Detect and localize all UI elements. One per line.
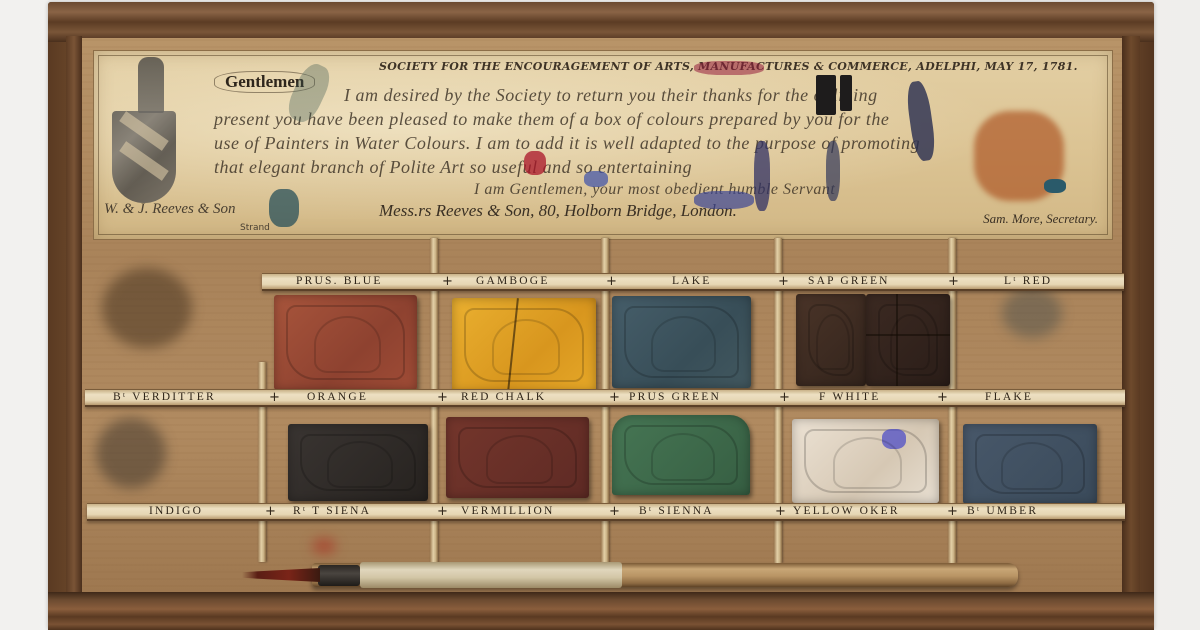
plus-separator-icon: + <box>948 274 959 289</box>
plus-separator-icon: + <box>778 274 789 289</box>
paint-cake-gamboge <box>452 298 596 392</box>
paint-cake-blue-grey <box>963 424 1097 504</box>
plus-separator-icon: + <box>937 390 948 405</box>
paint-cake-green <box>612 415 750 495</box>
brush-ferrule <box>318 565 360 586</box>
rail-label: YELLOW OKER <box>793 505 900 517</box>
rail-label: PRUS GREEN <box>629 391 721 403</box>
wood-stain <box>1002 288 1062 338</box>
paint-mark <box>1044 179 1066 193</box>
label-rail-top: PRUS. BLUE + GAMBOGE + LAKE + SAP GREEN … <box>262 273 1124 291</box>
label-signature: Sam. More, Secretary. <box>983 211 1098 227</box>
paint-mark <box>694 191 754 209</box>
paint-mark <box>524 151 546 175</box>
coat-of-arms-icon <box>112 111 176 203</box>
rail-label: INDIGO <box>149 505 203 517</box>
plus-separator-icon: + <box>779 390 790 405</box>
paint-cake-dark-left-half <box>796 294 866 386</box>
label-line: that elegant branch of Polite Art so use… <box>214 157 692 178</box>
rail-label: RED CHALK <box>461 391 546 403</box>
plus-separator-icon: + <box>265 504 276 519</box>
paint-mark <box>269 189 299 227</box>
plus-separator-icon: + <box>775 504 786 519</box>
plus-separator-icon: + <box>437 504 448 519</box>
label-addressee: Mess.rs Reeves & Son, 80, Holborn Bridge… <box>379 201 737 221</box>
plus-separator-icon: + <box>947 504 958 519</box>
rail-label: SAP GREEN <box>808 275 890 287</box>
paint-cake-maroon <box>446 417 589 498</box>
wood-stain <box>102 268 192 348</box>
rail-label: F WHITE <box>819 391 881 403</box>
paint-mark <box>826 141 840 201</box>
paint-mark <box>694 61 764 75</box>
paint-cake-blue <box>612 296 751 388</box>
label-line: use of Painters in Water Colours. I am t… <box>214 133 920 154</box>
rail-label: Bᵗ VERDITTER <box>113 391 216 403</box>
paint-spot <box>312 538 336 554</box>
plus-separator-icon: + <box>437 390 448 405</box>
label-line: I am desired by the Society to return yo… <box>344 85 878 106</box>
paint-cake-red-brown <box>274 295 417 390</box>
wood-stain <box>96 418 166 488</box>
label-rail-middle: Bᵗ VERDITTER + ORANGE + RED CHALK + PRUS… <box>85 389 1125 407</box>
plus-separator-icon: + <box>269 390 280 405</box>
label-footer-left: W. & J. Reeves & Son <box>104 201 236 218</box>
rail-label: Lᵗ RED <box>1004 275 1052 287</box>
frame-left-inner <box>66 36 82 596</box>
plus-separator-icon: + <box>609 504 620 519</box>
crest-figure-icon <box>138 57 164 113</box>
paint-cake-charcoal <box>288 424 428 501</box>
plus-separator-icon: + <box>606 274 617 289</box>
rail-label: Bᵗ SIENNA <box>639 505 714 517</box>
paint-mark <box>754 141 770 211</box>
frame-top-molding <box>48 2 1154 42</box>
society-label: SOCIETY FOR THE ENCOURAGEMENT OF ARTS, M… <box>93 50 1113 240</box>
rail-label: Bᵗ UMBER <box>967 505 1038 517</box>
plus-separator-icon: + <box>609 390 620 405</box>
plus-separator-icon: + <box>442 274 453 289</box>
rail-label: FLAKE <box>985 391 1033 403</box>
rail-label: VERMILLION <box>461 505 555 517</box>
rail-label: ORANGE <box>307 391 368 403</box>
paint-cake-dark-right-half <box>866 294 950 386</box>
label-rail-bottom: INDIGO + Rᵗ T SIENA + VERMILLION + Bᵗ SI… <box>87 503 1125 521</box>
label-footer-small: Strand <box>240 223 270 233</box>
rail-label: LAKE <box>672 275 711 287</box>
frame-bottom-molding <box>48 592 1154 630</box>
paint-cake-white <box>792 419 939 503</box>
rail-label: PRUS. BLUE <box>296 275 383 287</box>
brush-paper-wrap <box>360 562 622 588</box>
label-line: I am Gentlemen, your most obedient humbl… <box>474 181 835 199</box>
paint-mark <box>840 75 852 111</box>
rail-label: Rᵗ T SIENA <box>293 505 371 517</box>
paint-mark <box>816 75 836 115</box>
rail-label: GAMBOGE <box>476 275 550 287</box>
paint-mark <box>584 171 608 187</box>
